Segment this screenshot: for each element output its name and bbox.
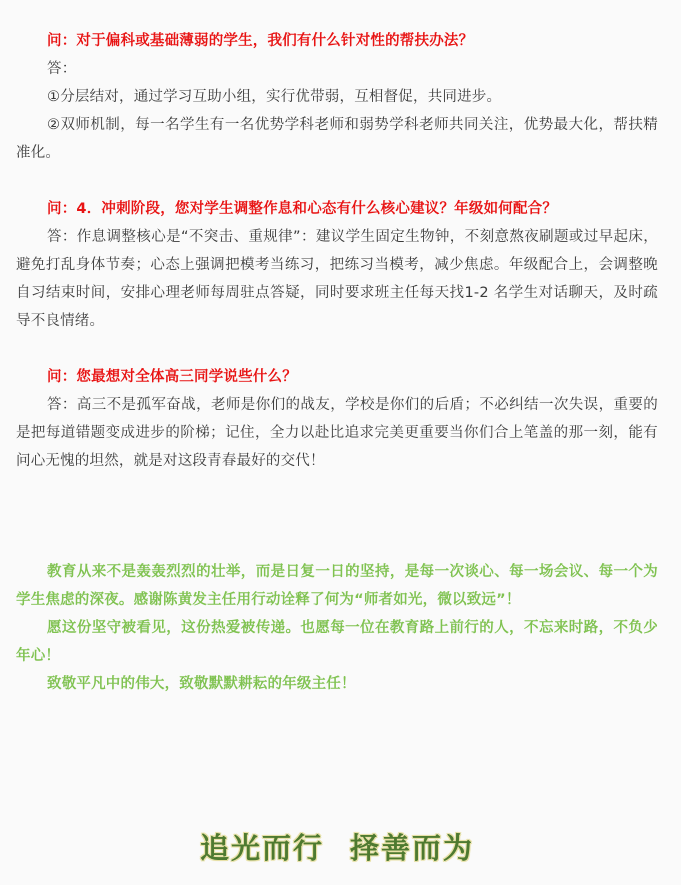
slogan-right: 择善而为 xyxy=(350,831,474,865)
tribute-paragraph: 愿这份坚守被看见，这份热爱被传递。也愿每一位在教育路上前行的人，不忘来时路，不负… xyxy=(16,614,658,670)
tribute-paragraph: 致敬平凡中的伟大，致敬默默耕耘的年级主任！ xyxy=(16,670,658,698)
closing-tribute: 教育从来不是轰轰烈烈的壮举，而是日复一日的坚持，是每一次谈心、每一场会议、每一个… xyxy=(16,558,658,698)
question-heading: 问：对于偏科或基础薄弱的学生，我们有什么针对性的帮扶办法？ xyxy=(16,27,658,55)
closing-slogan: 追光而行择善而为 xyxy=(0,826,674,867)
qa-block-3: 问：您最想对全体高三同学说些什么？ 答：高三不是孤军奋战，老师是你们的战友，学校… xyxy=(16,363,658,475)
answer-point: ①分层结对，通过学习互助小组，实行优带弱，互相督促，共同进步。 xyxy=(16,83,658,111)
question-heading: 问：您最想对全体高三同学说些什么？ xyxy=(16,363,658,391)
answer-paragraph: 答：作息调整核心是“不突击、重规律”：建议学生固定生物钟，不刻意熬夜刷题或过早起… xyxy=(16,223,658,335)
answer-point: ②双师机制，每一名学生有一名优势学科老师和弱势学科老师共同关注，优势最大化，帮扶… xyxy=(16,111,658,167)
answer-paragraph: 答：高三不是孤军奋战，老师是你们的战友，学校是你们的后盾；不必纠结一次失误，重要… xyxy=(16,391,658,475)
qa-block-2: 问：4．冲刺阶段，您对学生调整作息和心态有什么核心建议？年级如何配合？ 答：作息… xyxy=(16,195,658,335)
qa-block-1: 问：对于偏科或基础薄弱的学生，我们有什么针对性的帮扶办法？ 答： ①分层结对，通… xyxy=(16,27,658,167)
article-page: 问：对于偏科或基础薄弱的学生，我们有什么针对性的帮扶办法？ 答： ①分层结对，通… xyxy=(0,0,674,885)
slogan-left: 追光而行 xyxy=(200,831,324,865)
question-heading: 问：4．冲刺阶段，您对学生调整作息和心态有什么核心建议？年级如何配合？ xyxy=(16,195,658,223)
tribute-paragraph: 教育从来不是轰轰烈烈的壮举，而是日复一日的坚持，是每一次谈心、每一场会议、每一个… xyxy=(16,558,658,614)
answer-label: 答： xyxy=(16,55,658,83)
